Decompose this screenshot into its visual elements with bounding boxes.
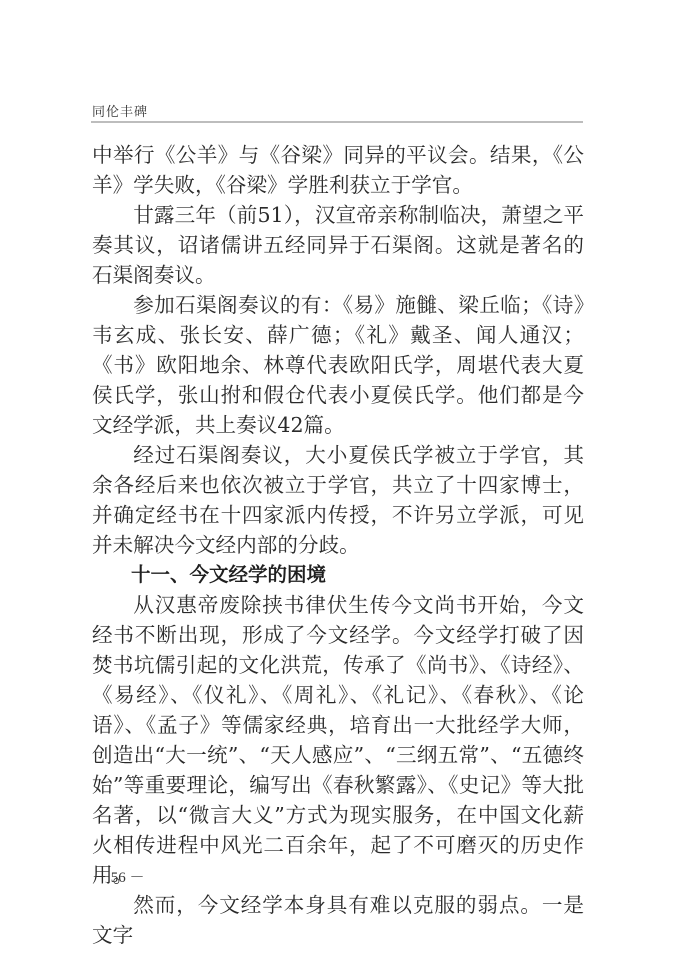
- section-heading: 十一、今文经学的困境: [92, 560, 584, 590]
- running-head: 同伦丰碑: [92, 101, 148, 120]
- paragraph: 然而，今文经学本身具有难以克服的弱点。一是文字: [92, 890, 584, 950]
- paragraph: 经过石渠阁奏议，大小夏侯氏学被立于学官，其余各经后来也依次被立于学官，共立了十四…: [92, 440, 584, 560]
- header-rule: [91, 121, 583, 123]
- page-number: － 56 －: [92, 866, 145, 887]
- book-page: 同伦丰碑 中举行《公羊》与《谷梁》同异的平议会。结果，《公羊》学失败，《谷梁》学…: [0, 0, 692, 968]
- paragraph: 甘露三年（前51），汉宣帝亲称制临决，萧望之平奏其议，诏诸儒讲五经同异于石渠阁。…: [92, 200, 584, 290]
- paragraph-continuation: 中举行《公羊》与《谷梁》同异的平议会。结果，《公羊》学失败，《谷梁》学胜利获立于…: [92, 140, 584, 200]
- body-text: 中举行《公羊》与《谷梁》同异的平议会。结果，《公羊》学失败，《谷梁》学胜利获立于…: [92, 140, 584, 950]
- paragraph: 从汉惠帝废除挟书律伏生传今文尚书开始，今文经书不断出现，形成了今文经学。今文经学…: [92, 590, 584, 890]
- paragraph: 参加石渠阁奏议的有：《易》施雠、梁丘临；《诗》韦玄成、张长安、薛广德；《礼》戴圣…: [92, 290, 584, 440]
